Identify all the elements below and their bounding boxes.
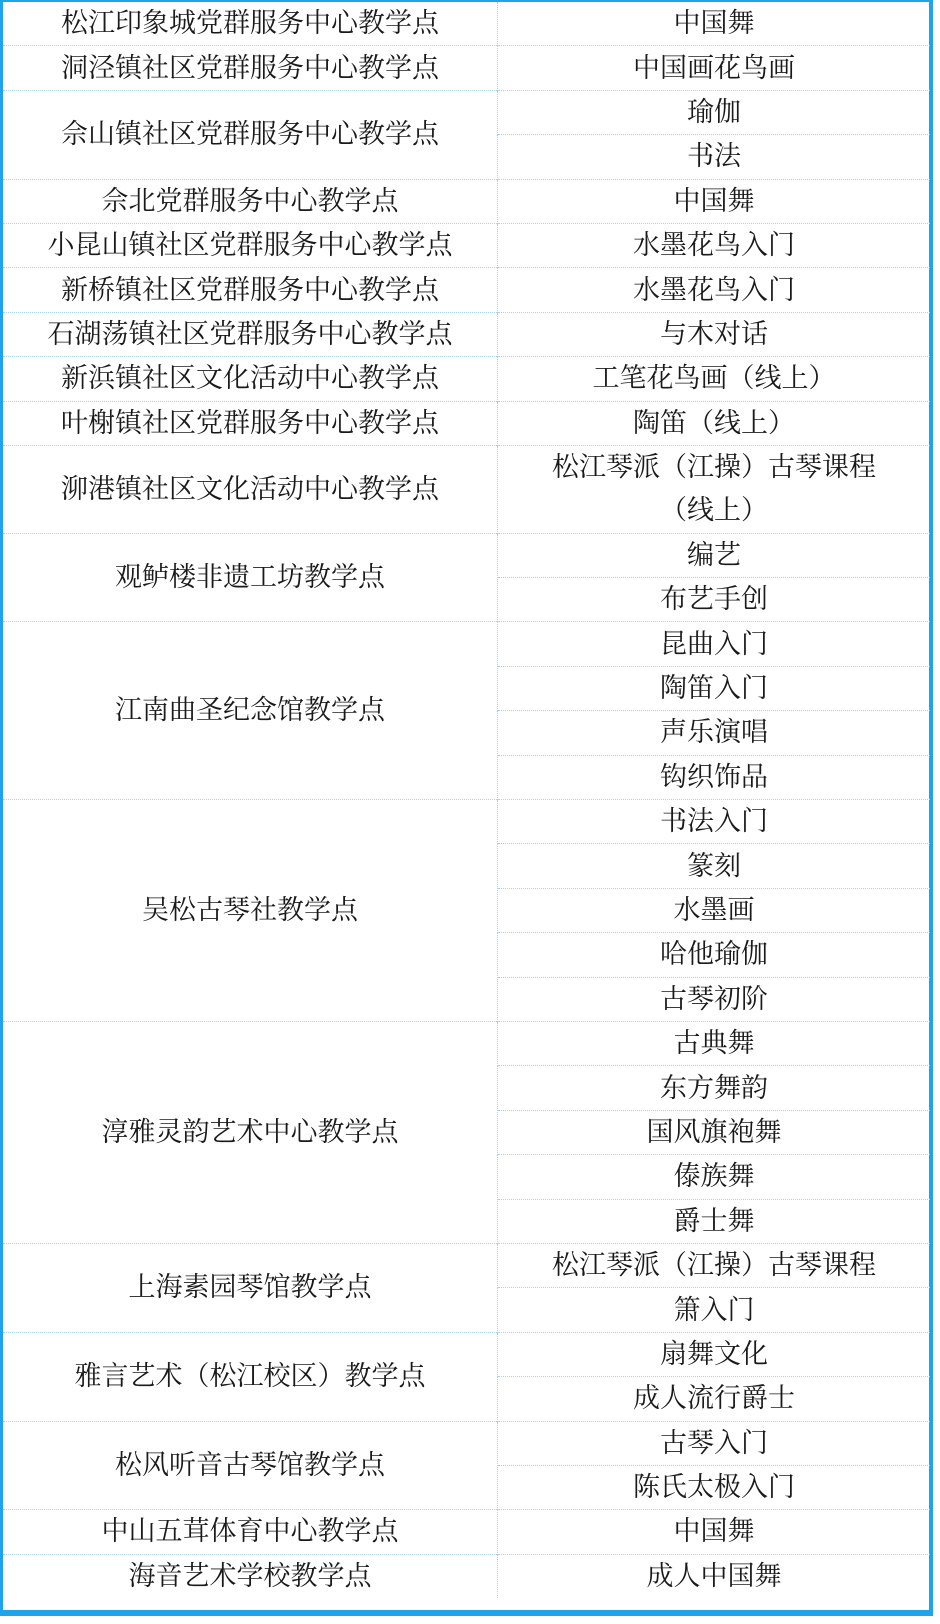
location-cell: 小昆山镇社区党群服务中心教学点 (3, 223, 498, 267)
course-cell: 哈他瑜伽 (498, 933, 931, 977)
location-cell: 石湖荡镇社区党群服务中心教学点 (3, 312, 498, 356)
course-cell: 书法入门 (498, 800, 931, 844)
course-cell: 陶笛（线上） (498, 401, 931, 445)
table-row: 中山五茸体育中心教学点中国舞 (3, 1510, 930, 1554)
table-row: 叶榭镇社区党群服务中心教学点陶笛（线上） (3, 401, 930, 445)
course-cell: 国风旗袍舞 (498, 1110, 931, 1154)
location-cell: 上海素园琴馆教学点 (3, 1243, 498, 1332)
table-row: 佘北党群服务中心教学点中国舞 (3, 179, 930, 223)
course-cell: 水墨花鸟入门 (498, 223, 931, 267)
location-cell: 江南曲圣纪念馆教学点 (3, 622, 498, 800)
location-cell: 松风听音古琴馆教学点 (3, 1421, 498, 1510)
course-cell: 工笔花鸟画（线上） (498, 357, 931, 401)
table-row: 石湖荡镇社区党群服务中心教学点与木对话 (3, 312, 930, 356)
course-cell: 古琴入门 (498, 1421, 931, 1465)
course-cell: 声乐演唱 (498, 711, 931, 755)
table-row: 松风听音古琴馆教学点古琴入门 (3, 1421, 930, 1465)
course-cell: 书法 (498, 135, 931, 179)
location-cell: 松江印象城党群服务中心教学点 (3, 2, 498, 46)
table-row: 观鲈楼非遗工坊教学点编艺 (3, 533, 930, 577)
location-cell: 叶榭镇社区党群服务中心教学点 (3, 401, 498, 445)
location-cell: 泖港镇社区文化活动中心教学点 (3, 445, 498, 533)
course-cell: 编艺 (498, 533, 931, 577)
table-row: 佘山镇社区党群服务中心教学点瑜伽 (3, 90, 930, 134)
location-cell: 海音艺术学校教学点 (3, 1554, 498, 1598)
location-cell: 洞泾镇社区党群服务中心教学点 (3, 46, 498, 90)
location-cell: 淳雅灵韵艺术中心教学点 (3, 1022, 498, 1244)
table-row: 雅言艺术（松江校区）教学点扇舞文化 (3, 1332, 930, 1376)
table-row: 海音艺术学校教学点成人中国舞 (3, 1554, 930, 1598)
course-cell: 中国舞 (498, 179, 931, 223)
table-row: 江南曲圣纪念馆教学点昆曲入门 (3, 622, 930, 666)
location-cell: 吴松古琴社教学点 (3, 800, 498, 1022)
course-cell: 松江琴派（江操）古琴课程 (498, 1243, 931, 1287)
course-cell: 与木对话 (498, 312, 931, 356)
location-cell: 观鲈楼非遗工坊教学点 (3, 533, 498, 622)
course-cell: 水墨花鸟入门 (498, 268, 931, 312)
course-cell: 古琴初阶 (498, 977, 931, 1021)
table-row: 小昆山镇社区党群服务中心教学点水墨花鸟入门 (3, 223, 930, 267)
location-cell: 佘北党群服务中心教学点 (3, 179, 498, 223)
course-cell: 爵士舞 (498, 1199, 931, 1243)
table-row: 上海素园琴馆教学点松江琴派（江操）古琴课程 (3, 1243, 930, 1287)
course-cell: 陶笛入门 (498, 666, 931, 710)
location-cell: 新浜镇社区文化活动中心教学点 (3, 357, 498, 401)
course-cell: 古典舞 (498, 1022, 931, 1066)
location-cell: 雅言艺术（松江校区）教学点 (3, 1332, 498, 1421)
course-cell: 箫入门 (498, 1288, 931, 1332)
course-cell: 傣族舞 (498, 1155, 931, 1199)
course-cell: 水墨画 (498, 888, 931, 932)
course-cell: 成人中国舞 (498, 1554, 931, 1598)
location-cell: 佘山镇社区党群服务中心教学点 (3, 90, 498, 179)
course-cell: 成人流行爵士 (498, 1377, 931, 1421)
course-cell: 陈氏太极入门 (498, 1465, 931, 1509)
course-cell: 中国画花鸟画 (498, 46, 931, 90)
course-cell: 昆曲入门 (498, 622, 931, 666)
course-cell: 扇舞文化 (498, 1332, 931, 1376)
course-cell: 中国舞 (498, 1510, 931, 1554)
course-cell: 松江琴派（江操）古琴课程（线上） (498, 445, 931, 533)
table-row: 泖港镇社区文化活动中心教学点松江琴派（江操）古琴课程（线上） (3, 445, 930, 533)
table-row: 吴松古琴社教学点书法入门 (3, 800, 930, 844)
course-cell: 钩织饰品 (498, 755, 931, 799)
location-cell: 中山五茸体育中心教学点 (3, 1510, 498, 1554)
table-row: 新桥镇社区党群服务中心教学点水墨花鸟入门 (3, 268, 930, 312)
course-location-table: 松江印象城党群服务中心教学点中国舞洞泾镇社区党群服务中心教学点中国画花鸟画佘山镇… (3, 2, 930, 1598)
course-cell: 篆刻 (498, 844, 931, 888)
course-cell: 布艺手创 (498, 578, 931, 622)
course-cell: 中国舞 (498, 2, 931, 46)
table-row: 洞泾镇社区党群服务中心教学点中国画花鸟画 (3, 46, 930, 90)
location-cell: 新桥镇社区党群服务中心教学点 (3, 268, 498, 312)
table-row: 淳雅灵韵艺术中心教学点古典舞 (3, 1022, 930, 1066)
table-row: 松江印象城党群服务中心教学点中国舞 (3, 2, 930, 46)
course-cell: 瑜伽 (498, 90, 931, 134)
course-cell: 东方舞韵 (498, 1066, 931, 1110)
table-row: 新浜镇社区文化活动中心教学点工笔花鸟画（线上） (3, 357, 930, 401)
